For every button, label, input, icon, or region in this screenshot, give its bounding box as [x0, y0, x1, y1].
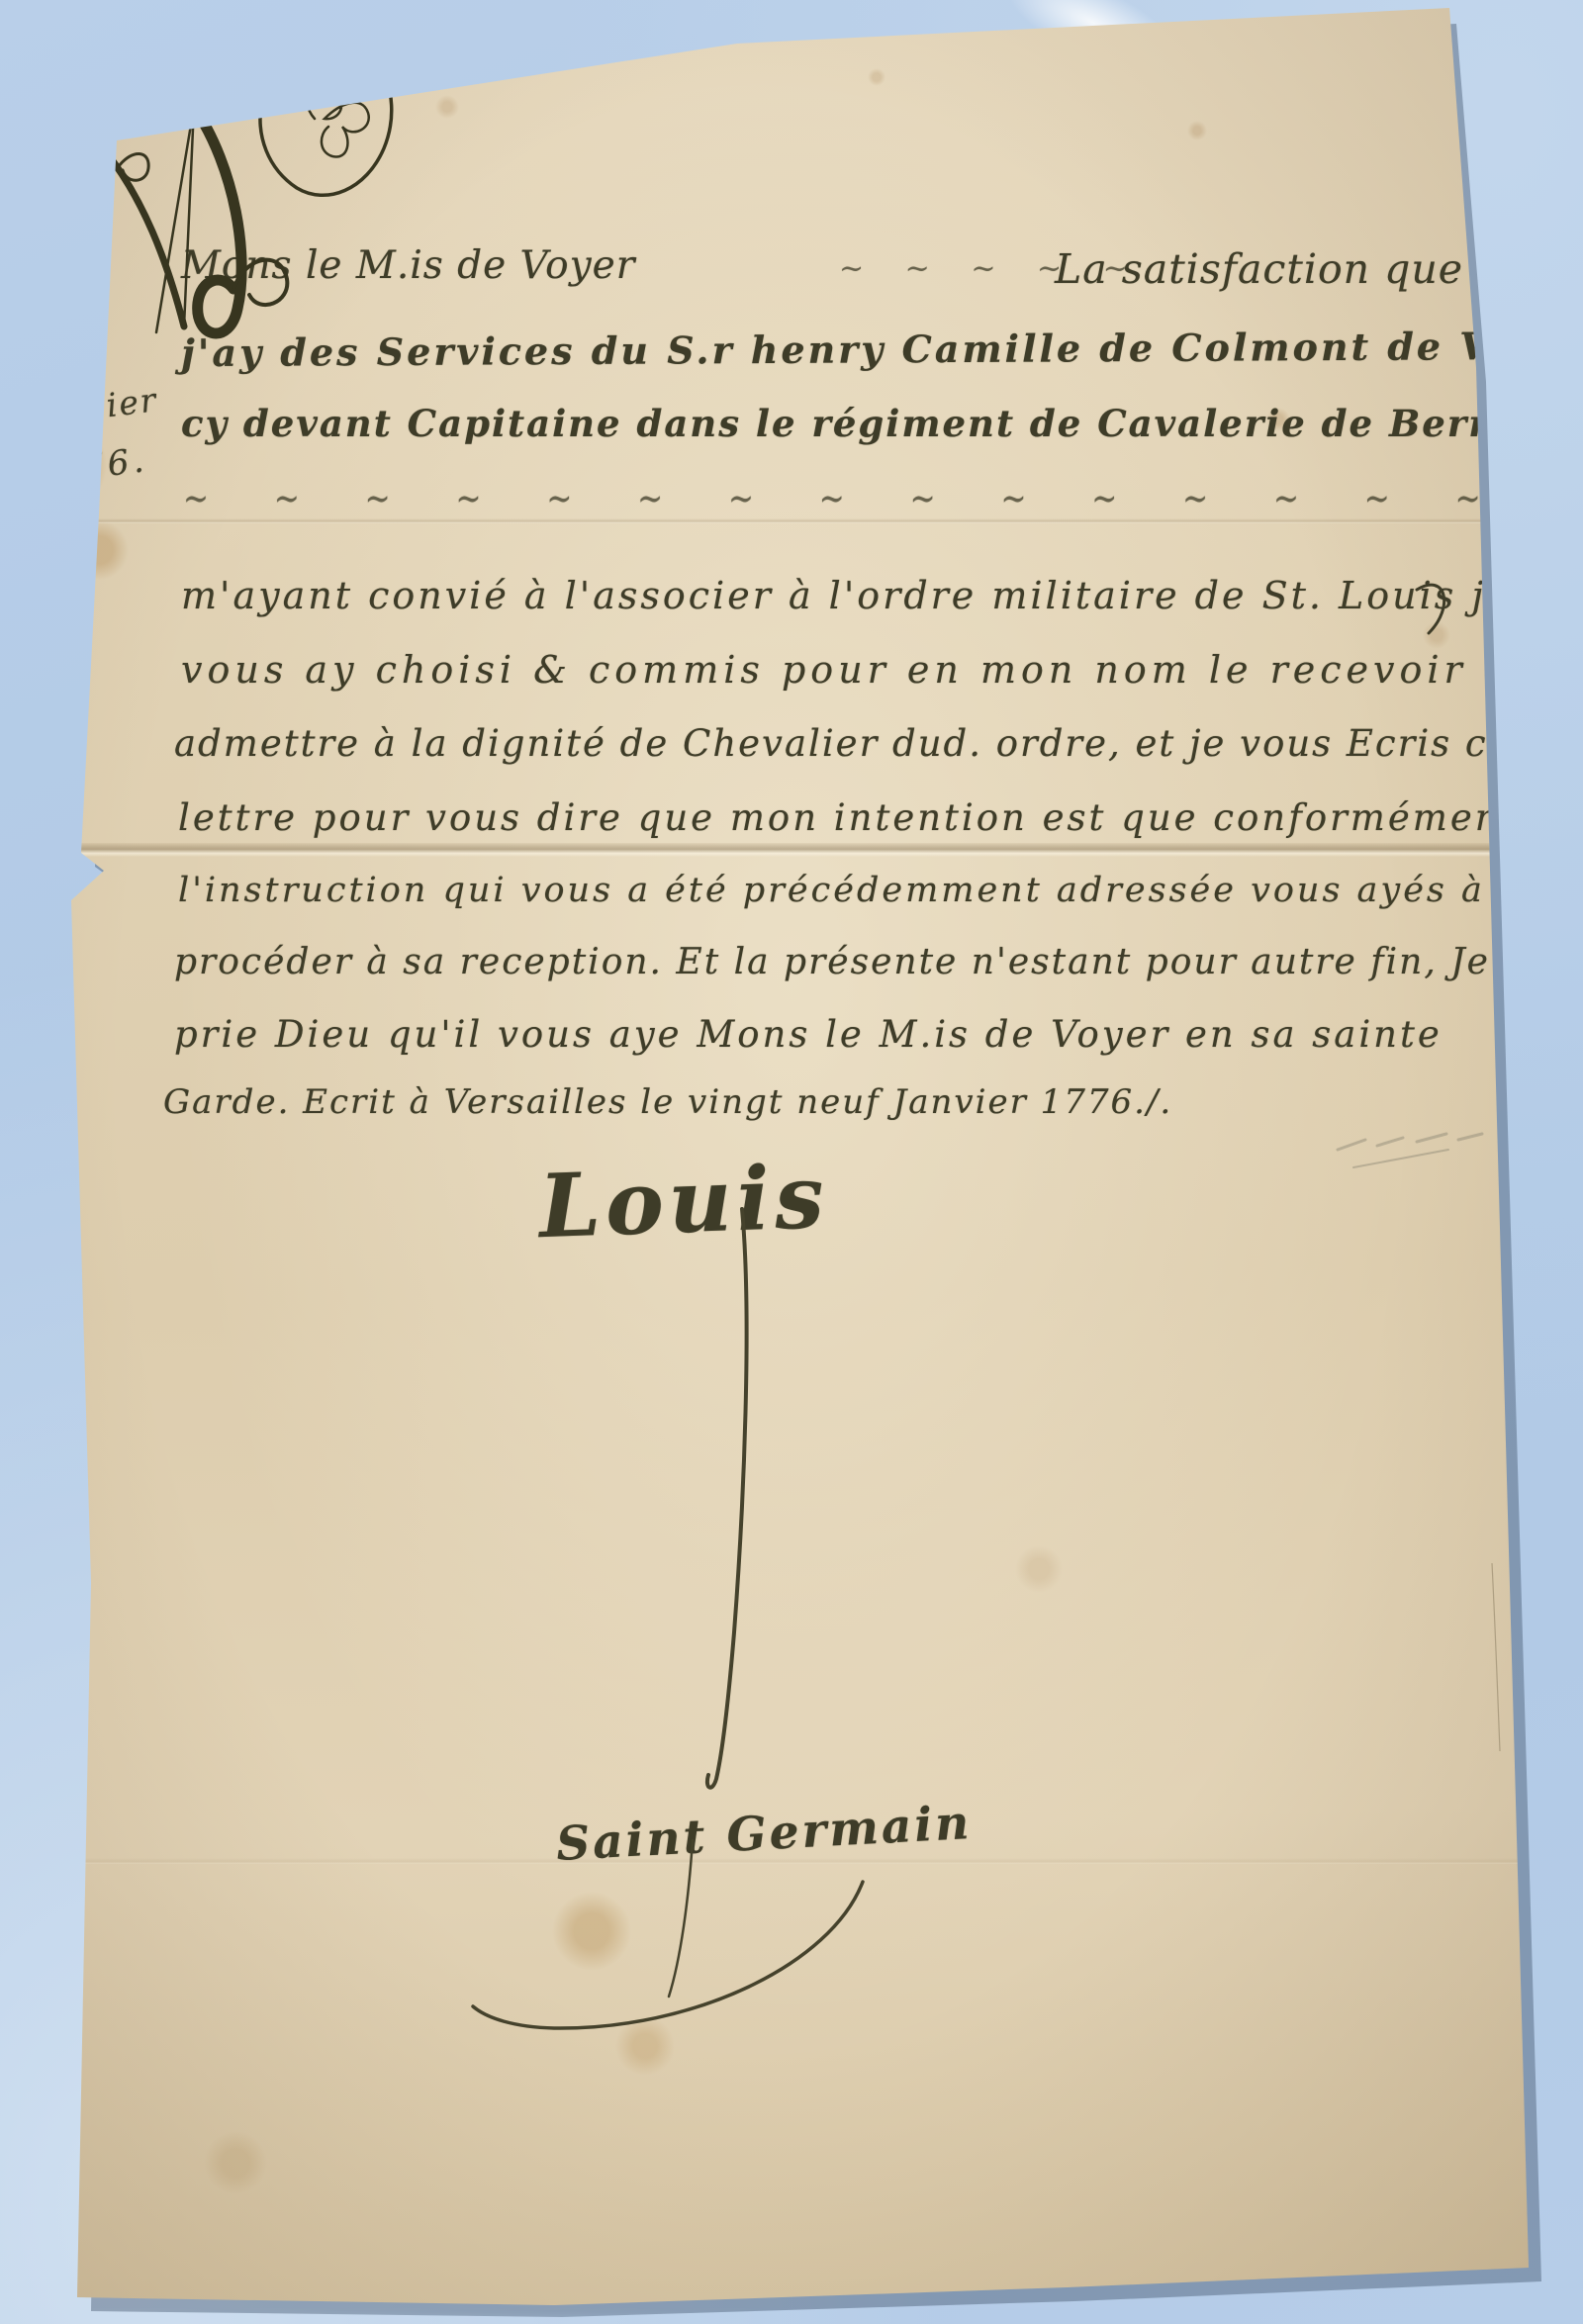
body-line: cy devant Capitaine dans le régiment de … [181, 402, 1583, 445]
body-line: vous ay choisi & commis pour en mon nom … [181, 648, 1532, 692]
body-line: admettre à la dignité de Chevalier dud. … [174, 722, 1568, 765]
body-line: j'ay des Services du S.r henry Camille d… [181, 323, 1583, 375]
opening-phrase: La satisfaction que [1055, 245, 1463, 293]
body-line: Garde. Ecrit à Versailles le vingt neuf … [163, 1082, 1172, 1122]
body-line: m'ayant convié à l'associer à l'ordre mi… [181, 574, 1512, 617]
body-line: procéder à sa reception. Et la présente … [174, 942, 1490, 982]
body-line-squiggles: ~ ~ ~ ~ ~ ~ ~ ~ ~ ~ ~ ~ ~ ~ ~ ~ ~ ~ ~ [183, 476, 1583, 522]
fold-crease-middle [0, 843, 1583, 857]
body-line: prie Dieu qu'il vous aye Mons le M.is de… [174, 1013, 1443, 1056]
manuscript-page: janvier 1776. Mons le M.is de Voyer ~ ~ … [0, 0, 1583, 2324]
salutation: Mons le M.is de Voyer [181, 243, 635, 288]
photograph: janvier 1776. Mons le M.is de Voyer ~ ~ … [0, 0, 1583, 2324]
body-line: lettre pour vous dire que mon intention … [178, 796, 1558, 839]
signature-louis: Louis [537, 1145, 830, 1257]
body-line: l'instruction qui vous a été précédemmen… [178, 871, 1485, 910]
right-edge-scratch [1508, 890, 1522, 1227]
